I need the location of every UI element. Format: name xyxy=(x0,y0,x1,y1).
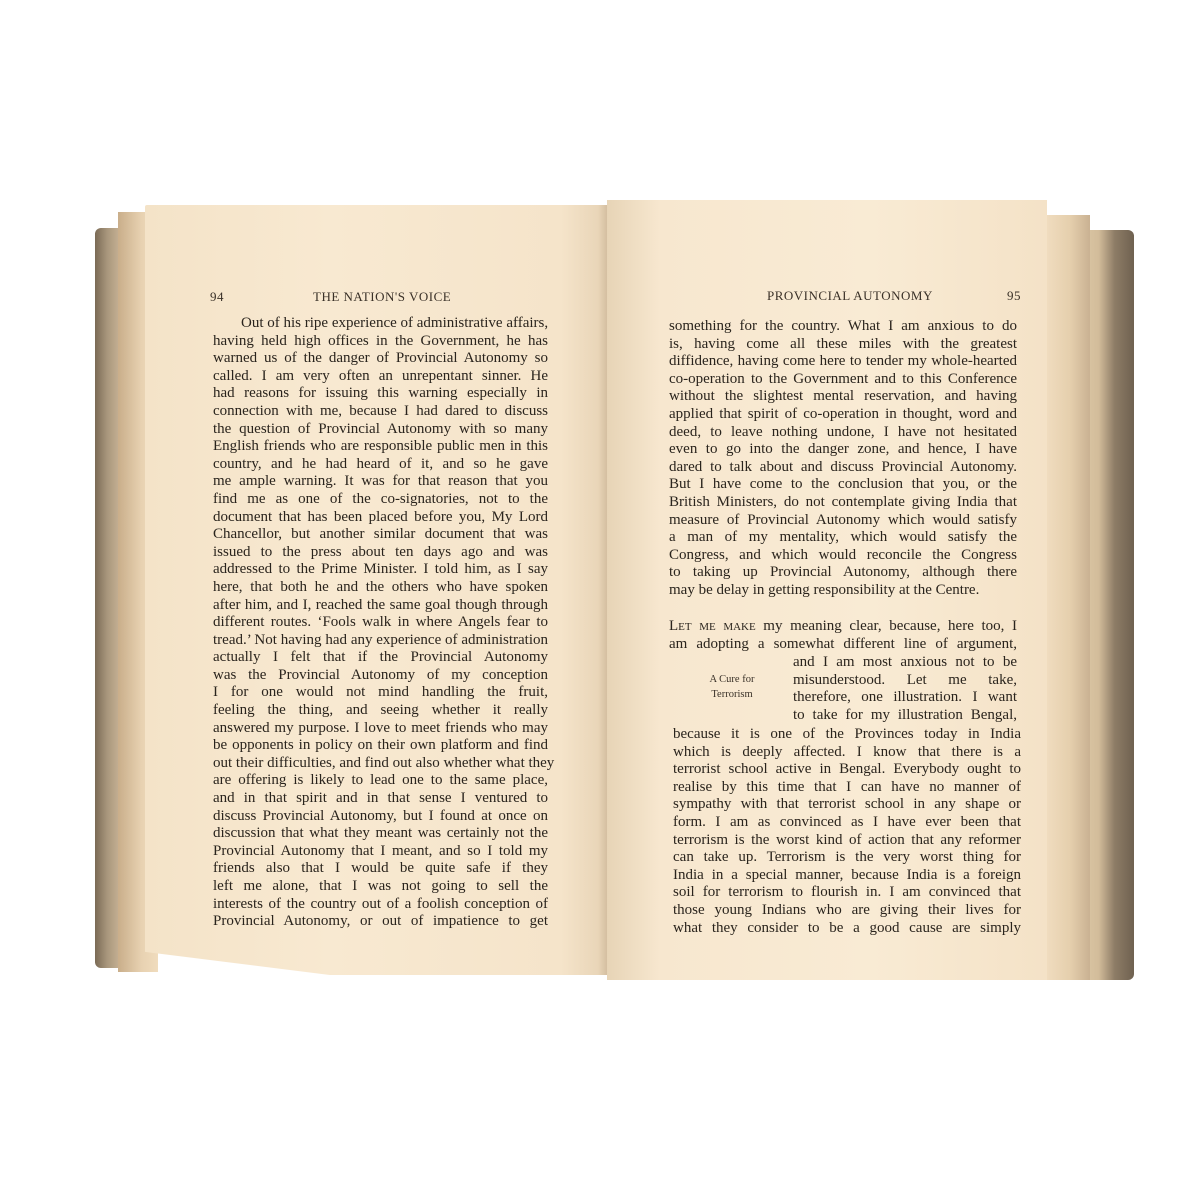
text-line: answered my purpose. I love to meet frie… xyxy=(213,720,548,738)
text-line: Terrorism xyxy=(687,687,777,702)
text-line: be opponents in policy on their own plat… xyxy=(213,737,548,755)
text-line: Chancellor, but another similar document… xyxy=(213,526,548,544)
paragraph-lead-smallcaps: Let me make xyxy=(669,618,756,634)
right-page-paragraph-2-opening: Let me make my meaning clear, because, h… xyxy=(669,618,1017,653)
open-book: 94 THE NATION'S VOICE Out of his ripe ex… xyxy=(0,0,1200,1200)
text-line: because it is one of the Provinces today… xyxy=(673,726,1021,744)
text-line: co-operation to the Government and to th… xyxy=(669,371,1017,389)
text-line: India in a special manner, because India… xyxy=(673,867,1021,885)
text-line: which is deeply affected. I know that th… xyxy=(673,744,1021,762)
text-line: different routes. ‘Fools walk in where A… xyxy=(213,614,548,632)
text-line: misunderstood. Let me take, xyxy=(793,672,1017,690)
text-line: diffidence, having come here to tender m… xyxy=(669,353,1017,371)
page-number-left: 94 xyxy=(210,289,224,305)
text-line: to take for my illustration Bengal, xyxy=(793,707,1017,725)
text-line: issued to the press about ten days ago a… xyxy=(213,544,548,562)
text-line: after him, and I, reached the same goal … xyxy=(213,597,548,615)
text-line: connection with me, because I had dared … xyxy=(213,403,548,421)
text-line: friends also that I would be quite safe … xyxy=(213,860,548,878)
text-line: document that has been placed before you… xyxy=(213,509,548,527)
text-line: feeling the thing, and seeing whether it… xyxy=(213,702,548,720)
text-line: Out of his ripe experience of administra… xyxy=(213,315,548,333)
text-line: terrorism is the worst kind of action th… xyxy=(673,832,1021,850)
text-line: terrorist school active in Bengal. Every… xyxy=(673,761,1021,779)
text-line: are offering is likely to lead one to th… xyxy=(213,772,548,790)
text-line: discuss Provincial Autonomy, but I found… xyxy=(213,808,548,826)
text-line: something for the country. What I am anx… xyxy=(669,318,1017,336)
text-line: the question of Provincial Autonomy with… xyxy=(213,421,548,439)
marginal-sidenote: A Cure forTerrorism xyxy=(687,672,777,702)
text-line: may be delay in getting responsibility a… xyxy=(669,582,1017,600)
text-line: is, having come all these miles with the… xyxy=(669,336,1017,354)
text-line: sympathy with that terrorist school in a… xyxy=(673,796,1021,814)
text-line: applied that spirit of co-operation in t… xyxy=(669,406,1017,424)
text-line: deed, to leave nothing undone, I have no… xyxy=(669,424,1017,442)
text-line: interests of the country out of a foolis… xyxy=(213,896,548,914)
text-line: A Cure for xyxy=(687,672,777,687)
text-line: called. I am very often an unrepentant s… xyxy=(213,368,548,386)
running-head-left: THE NATION'S VOICE xyxy=(313,289,451,305)
page-stack-right xyxy=(1040,215,1090,980)
text-line: dared to talk about and discuss Provinci… xyxy=(669,459,1017,477)
text-line: and in that spirit and in that sense I v… xyxy=(213,790,548,808)
right-page-paragraph-2-body: because it is one of the Provinces today… xyxy=(673,726,1021,937)
right-page-paragraph-1: something for the country. What I am anx… xyxy=(669,318,1017,600)
text-line: can take up. Terrorism is the very worst… xyxy=(673,849,1021,867)
text-line: addressed to the Prime Minister. I told … xyxy=(213,561,548,579)
text-line: tread.’ Not having had any experience of… xyxy=(213,632,548,650)
text-line: actually I felt that if the Provincial A… xyxy=(213,649,548,667)
right-page: PROVINCIAL AUTONOMY 95 something for the… xyxy=(607,200,1047,980)
text-line: warned us of the danger of Provincial Au… xyxy=(213,350,548,368)
text-line: measure of Provincial Autonomy which wou… xyxy=(669,512,1017,530)
right-page-indented-block: and I am most anxious not to bemisunders… xyxy=(793,654,1017,724)
text-line: therefore, one illustration. I want xyxy=(793,689,1017,707)
text-line: here, that both he and the others who ha… xyxy=(213,579,548,597)
text-line: Provincial Autonomy that I meant, and so… xyxy=(213,843,548,861)
running-head-right: PROVINCIAL AUTONOMY xyxy=(767,288,933,304)
text-line: country, and he had heard of it, and so … xyxy=(213,456,548,474)
text-line: what they consider to be a good cause ar… xyxy=(673,920,1021,938)
text-line: Congress, and which would reconcile the … xyxy=(669,547,1017,565)
text-line: even to go into the danger zone, and hen… xyxy=(669,441,1017,459)
page-number-right: 95 xyxy=(1007,288,1021,304)
text-line: discussion that what they meant was cert… xyxy=(213,825,548,843)
text-line: those young Indians who are giving their… xyxy=(673,902,1021,920)
text-line: out their difficulties, and find out als… xyxy=(213,755,548,773)
text-line: had reasons for issuing this warning esp… xyxy=(213,385,548,403)
text-line: having held high offices in the Governme… xyxy=(213,333,548,351)
text-line: me ample warning. It was for that reason… xyxy=(213,473,548,491)
left-page: 94 THE NATION'S VOICE Out of his ripe ex… xyxy=(145,205,607,975)
text-line: and I am most anxious not to be xyxy=(793,654,1017,672)
text-line: find me as one of the co-signatories, no… xyxy=(213,491,548,509)
text-line: soil for terrorism to flourish in. I am … xyxy=(673,884,1021,902)
text-line: left me alone, that I was not going to s… xyxy=(213,878,548,896)
left-page-body: Out of his ripe experience of administra… xyxy=(213,315,548,931)
text-line: But I have come to the conclusion that y… xyxy=(669,476,1017,494)
text-line: to taking up Provincial Autonomy, althou… xyxy=(669,564,1017,582)
text-line: form. I am as convinced as I have ever b… xyxy=(673,814,1021,832)
text-line: without the slightest mental reservation… xyxy=(669,388,1017,406)
text-line: English friends who are responsible publ… xyxy=(213,438,548,456)
text-line: was the Provincial Autonomy of my concep… xyxy=(213,667,548,685)
text-line: realise by this time that I can have no … xyxy=(673,779,1021,797)
text-line: a man of my mentality, which would satis… xyxy=(669,529,1017,547)
text-line: I for one would not mind handling the fr… xyxy=(213,684,548,702)
text-line: Provincial Autonomy, or out of impatienc… xyxy=(213,913,548,931)
text-line: British Ministers, do not contemplate gi… xyxy=(669,494,1017,512)
